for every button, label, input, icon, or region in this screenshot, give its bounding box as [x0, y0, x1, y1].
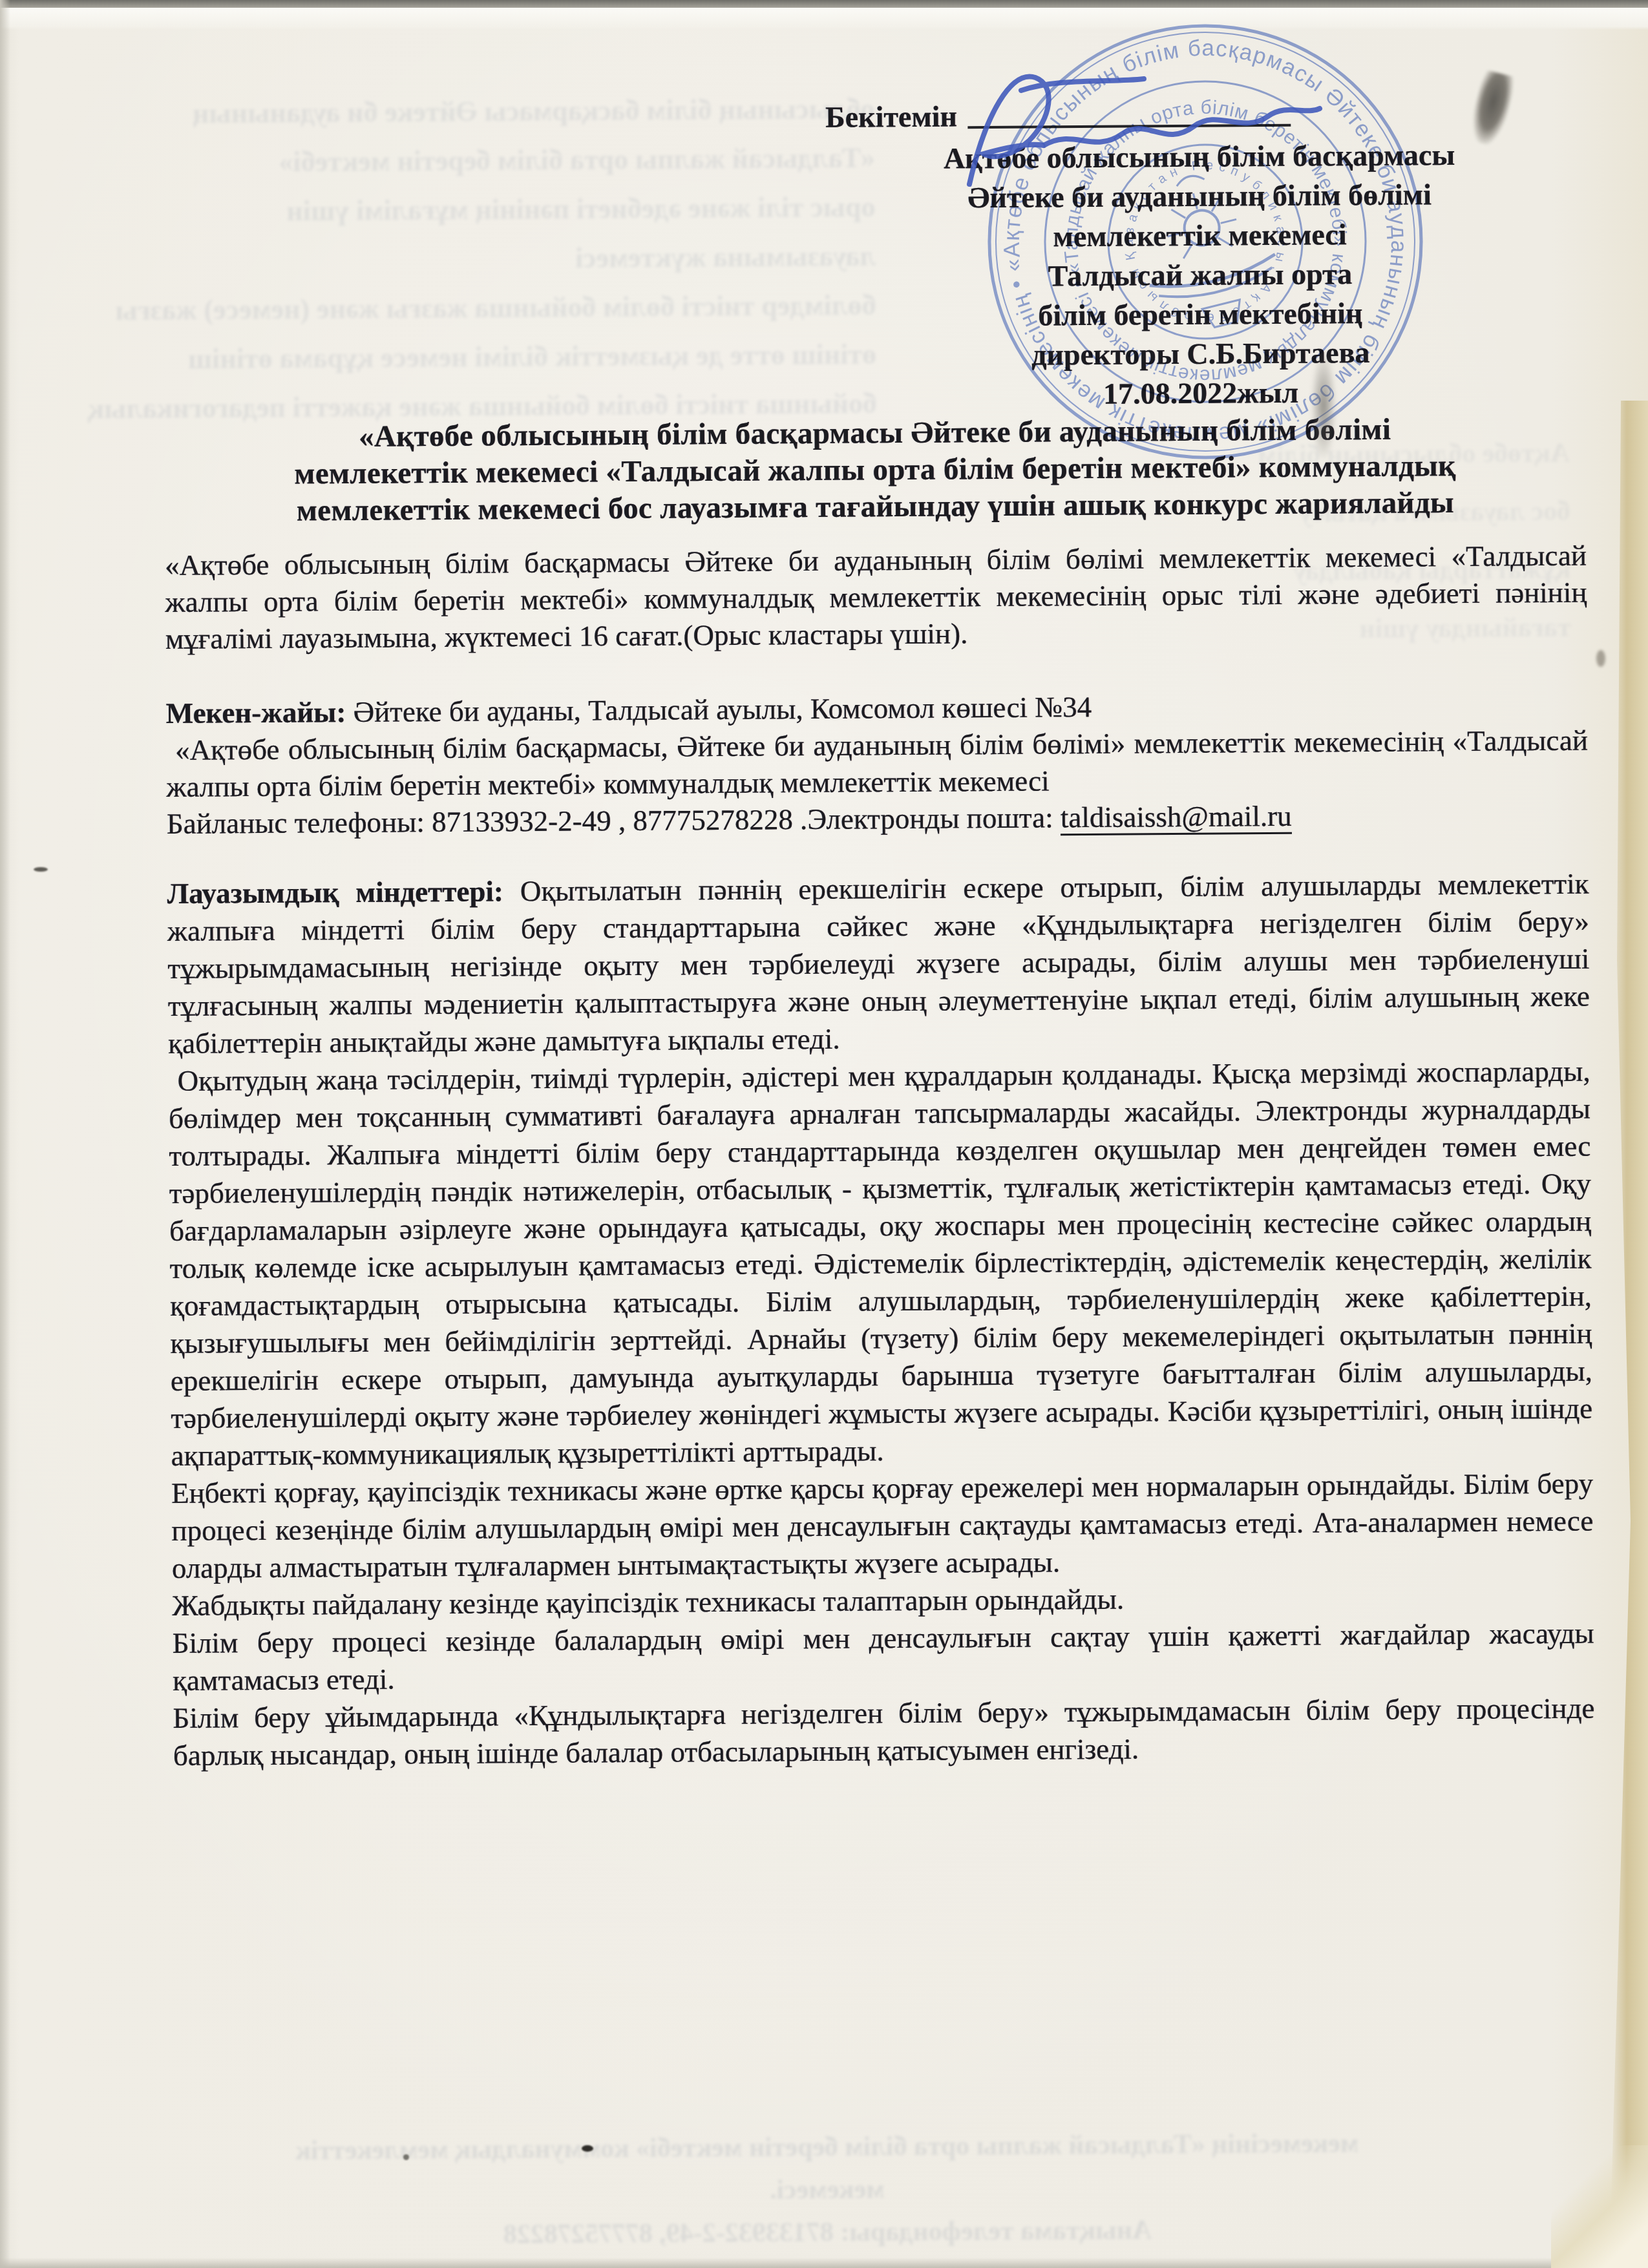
scanned-document-page: облысының білім басқармасы Әйтеке би ауд… [0, 0, 1648, 2268]
dust-speck [582, 2145, 593, 2152]
signature [924, 52, 1351, 220]
phone-numbers: 87133932-2-49 , 87775278228 . [425, 803, 808, 838]
dust-speck [34, 867, 48, 872]
phones-label: Байланыс телефоны: [167, 806, 425, 840]
bleedthrough-text-bottom: мекемесінің «Талдысай жалпы орта білім б… [213, 2121, 1441, 2258]
scanner-top-edge [0, 0, 1648, 8]
duties-label: Лауазымдық міндеттері: [167, 875, 503, 910]
contact-block: Мекен-жайы: Әйтеке би ауданы, Талдысай а… [165, 686, 1589, 843]
paper-left-edge-shadow [0, 0, 10, 2268]
paper-right-edge [1609, 401, 1648, 2268]
duties-paragraph-3: Еңбекті қорғау, қауіпсіздік техникасы жә… [171, 1465, 1594, 1587]
address-label: Мекен-жайы: [165, 696, 346, 730]
dust-speck [403, 2154, 409, 2160]
duties-section: Лауазымдық міндеттері: Оқытылатын пәннің… [167, 865, 1595, 1774]
duties-paragraph-1: Лауазымдық міндеттері: Оқытылатын пәннің… [167, 865, 1590, 1062]
intro-paragraph: «Ақтөбе облысының білім басқармасы Әйтек… [165, 538, 1587, 658]
duties-paragraph-2: Оқытудың жаңа тәсілдерін, тиімді түрлері… [168, 1053, 1592, 1475]
email-address: taldisaissh@mail.ru [1061, 800, 1292, 835]
duties-paragraph-5: Білім беру процесі кезінде балалардың өм… [173, 1615, 1595, 1699]
dust-speck [1596, 650, 1605, 667]
organization-paragraph: «Ақтөбе облысының білім басқармасы, Әйте… [166, 722, 1589, 806]
signature-icon [924, 52, 1351, 220]
address-value: Әйтеке би ауданы, Талдысай ауылы, Комсом… [346, 691, 1092, 728]
paper-corner-curl [1551, 2145, 1648, 2268]
paper-bottom-edge-shadow [0, 2258, 1648, 2268]
email-label: Электронды пошта: [807, 801, 1061, 835]
duties-paragraph-6: Білім беру ұйымдарында «Құндылықтарға не… [173, 1690, 1595, 1774]
gray-smudge [1311, 349, 1336, 462]
